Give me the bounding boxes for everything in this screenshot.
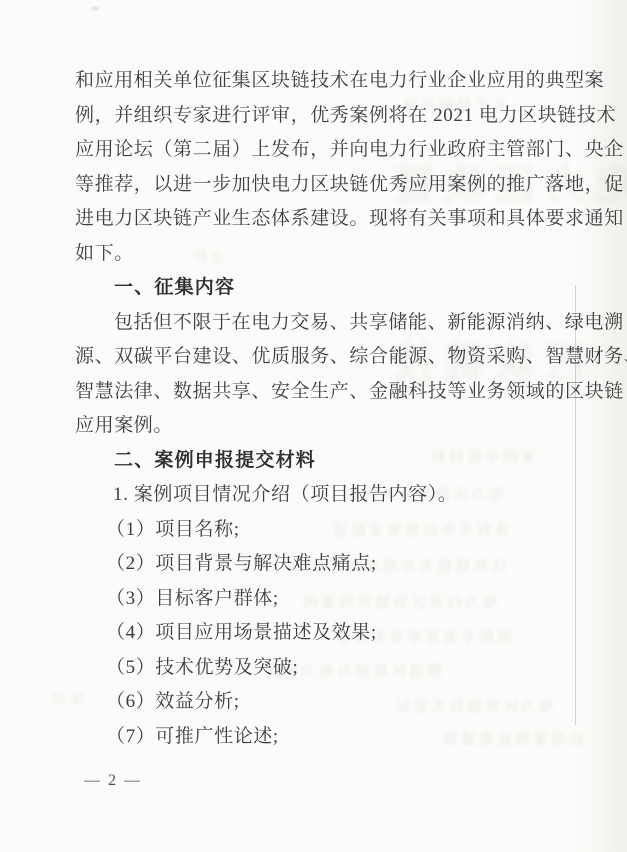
sub-item: （4）项目应用场景描述及效果; [75,616,607,651]
sub-item: （7）可推广性论述; [75,720,607,755]
paragraph1-line: 应用论坛（第二届）上发布，并向电力行业政府主管部门、央企 [75,133,607,168]
numbered-item: 1. 案例项目情况介绍（项目报告内容）。 [75,478,607,513]
paragraph1-line: 如下。 [75,237,607,272]
sub-item: （1）项目名称; [75,513,607,548]
paragraph2-line: 源、双碳平台建设、优质服务、综合能源、物资采购、智慧财务、 [75,340,607,375]
paragraph2-line: 包括但不限于在电力交易、共享储能、新能源消纳、绿电溯 [75,306,607,341]
sub-item: （6）效益分析; [75,685,607,720]
scanned-document-page: 电力区块链 区块链技术 关于组织开展 文件 案例申报材料 电力区块链技术应用 各… [0,0,627,852]
paragraph1-line: 等推荐，以进一步加快电力区块链优秀应用案例的推广落地，促 [75,168,607,203]
sub-item: （2）项目背景与解决难点痛点; [75,547,607,582]
scan-speck [92,7,99,10]
section2-heading: 二、案例申报提交材料 [75,444,607,479]
paragraph1-line: 进电力区块链产业生态体系建设。现将有关事项和具体要求通知 [75,202,607,237]
sub-item: （5）技术优势及突破; [75,651,607,686]
section1-heading: 一、征集内容 [75,271,607,306]
document-body: 和应用相关单位征集区块链技术在电力行业企业应用的典型案 例，并组织专家进行评审，… [75,64,607,754]
sub-item: （3）目标客户群体; [75,582,607,617]
paragraph1-line: 例，并组织专家进行评审，优秀案例将在 2021 电力区块链技术 [75,99,607,134]
paragraph2-line: 应用案例。 [75,409,607,444]
paragraph1-line: 和应用相关单位征集区块链技术在电力行业企业应用的典型案 [75,64,607,99]
page-number: — 2 — [84,772,142,790]
paragraph2-line: 智慧法律、数据共享、安全生产、金融科技等业务领域的区块链 [75,375,607,410]
